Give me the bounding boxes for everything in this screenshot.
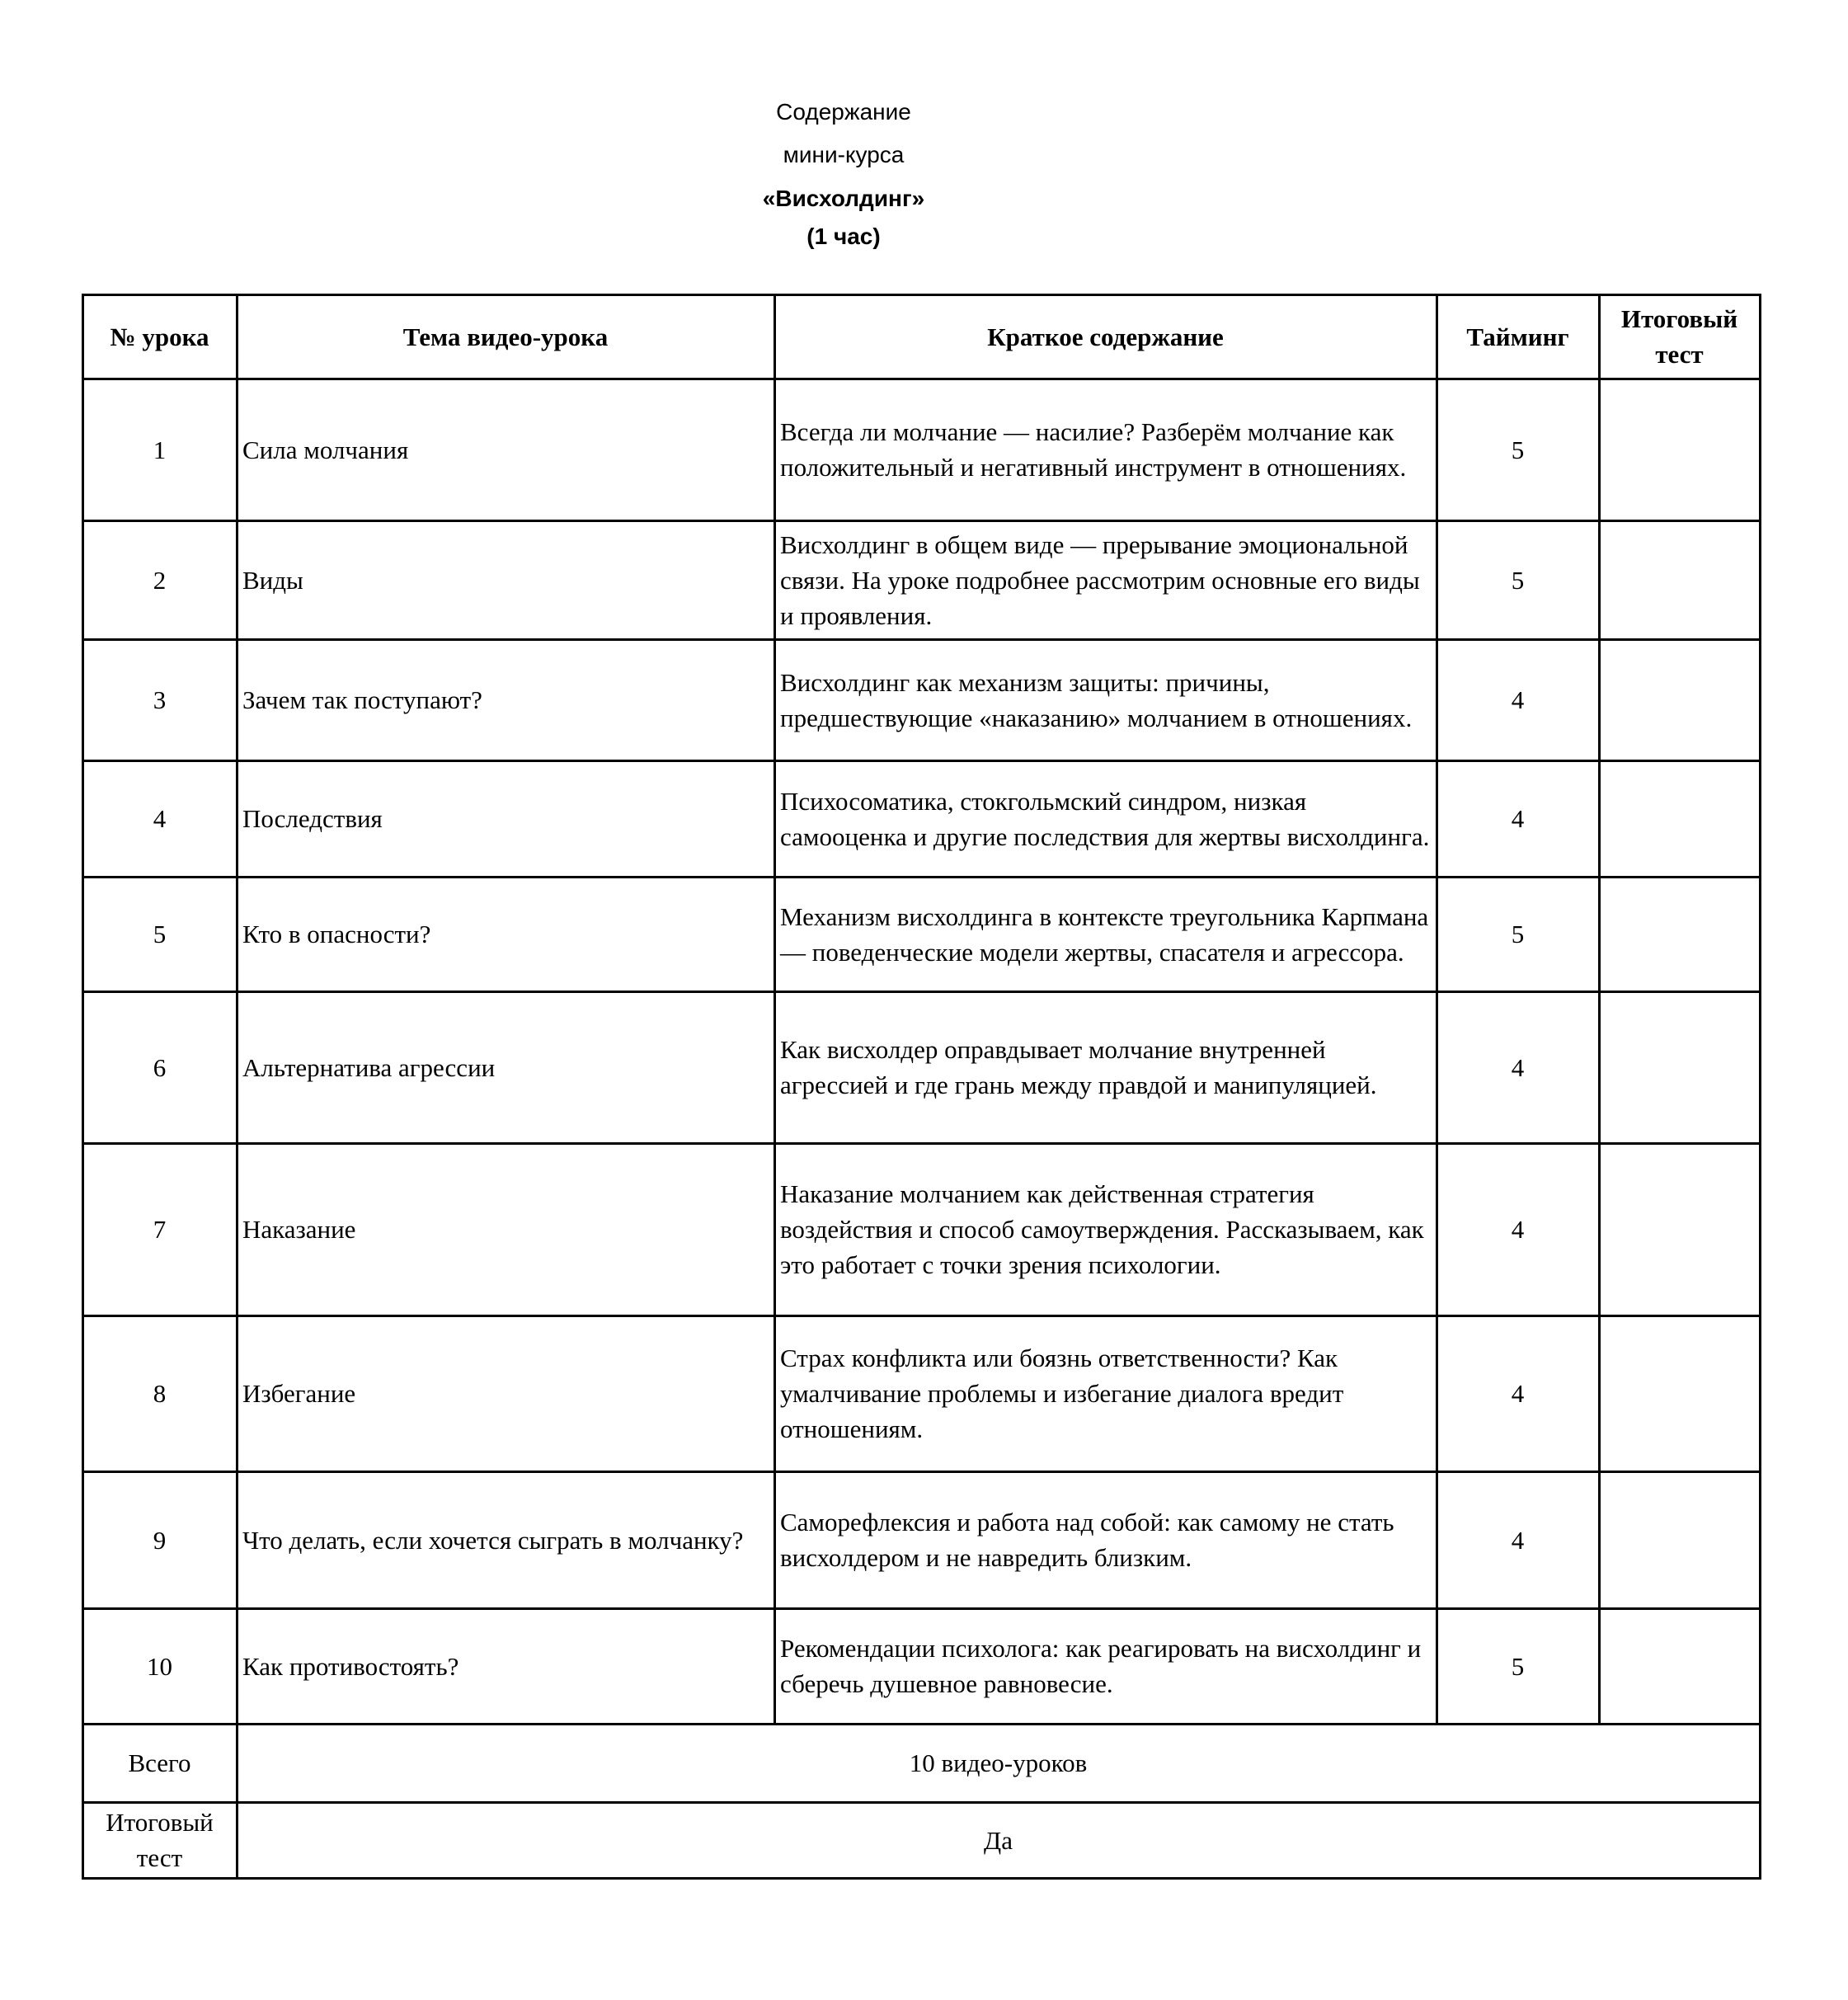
lesson-topic-cell: Что делать, если хочется сыграть в молча… (237, 1471, 774, 1608)
lesson-number: 1 (153, 432, 167, 468)
lesson-final-test-cell (1599, 1608, 1760, 1724)
lesson-summary: Висхолдинг как механизм защиты: причины,… (780, 665, 1432, 736)
column-divider (1598, 294, 1601, 1725)
total-value: 10 видео-уроков (910, 1745, 1087, 1781)
lesson-timing: 4 (1512, 1212, 1525, 1247)
lesson-number-cell: 9 (82, 1471, 237, 1608)
lesson-topic: Виды (242, 562, 303, 598)
table-row-divider (82, 1471, 1760, 1473)
lesson-timing: 4 (1512, 682, 1525, 718)
lesson-summary: Механизм висхолдинга в контексте треугол… (780, 899, 1432, 970)
lesson-summary-cell: Страх конфликта или боязнь ответственнос… (774, 1315, 1437, 1471)
lesson-timing-cell: 4 (1437, 1471, 1599, 1608)
table-row-divider (82, 1607, 1760, 1610)
header-summary-label: Краткое содержание (987, 319, 1224, 355)
lesson-number-cell: 10 (82, 1608, 237, 1724)
table-border (1759, 294, 1761, 1880)
table-row-divider (82, 638, 1760, 641)
lesson-topic: Последствия (242, 801, 383, 836)
table-row-divider (82, 1723, 1760, 1725)
course-name: «Висхолдинг» (679, 180, 1009, 218)
lesson-summary-cell: Психосоматика, стокгольмский синдром, ни… (774, 760, 1437, 877)
lesson-summary-cell: Саморефлексия и работа над собой: как са… (774, 1471, 1437, 1608)
lesson-topic-cell: Виды (237, 520, 774, 639)
lesson-number-cell: 6 (82, 991, 237, 1143)
footer-total-label: Всего (82, 1724, 237, 1802)
lesson-timing-cell: 4 (1437, 991, 1599, 1143)
lesson-summary-cell: Рекомендации психолога: как реагировать … (774, 1608, 1437, 1724)
lesson-summary-cell: Наказание молчанием как действенная стра… (774, 1143, 1437, 1315)
table-row-divider (82, 1142, 1760, 1145)
lesson-final-test-cell (1599, 1143, 1760, 1315)
lesson-summary: Как висхолдер оправдывает молчание внутр… (780, 1032, 1432, 1103)
lesson-number-cell: 4 (82, 760, 237, 877)
lesson-timing-cell: 4 (1437, 639, 1599, 760)
lesson-timing: 5 (1512, 1649, 1525, 1684)
lesson-topic: Альтернатива агрессии (242, 1050, 495, 1085)
lesson-timing: 5 (1512, 916, 1525, 952)
lesson-number-cell: 5 (82, 877, 237, 991)
lesson-topic-cell: Кто в опасности? (237, 877, 774, 991)
table-row-divider (82, 378, 1760, 380)
table-row-divider (82, 991, 1760, 993)
final-test-label: Итоговый тест (86, 1805, 233, 1875)
total-label: Всего (128, 1745, 190, 1781)
title-line-contents: Содержание (679, 91, 1009, 134)
lesson-timing-cell: 5 (1437, 520, 1599, 639)
lesson-number: 8 (153, 1376, 167, 1411)
lesson-number-cell: 3 (82, 639, 237, 760)
lesson-final-test-cell (1599, 877, 1760, 991)
lesson-final-test-cell (1599, 1315, 1760, 1471)
lesson-final-test-cell (1599, 760, 1760, 877)
column-divider (1436, 294, 1438, 1725)
lesson-topic: Избегание (242, 1376, 355, 1411)
table-row-divider (82, 1315, 1760, 1317)
lesson-timing-cell: 5 (1437, 877, 1599, 991)
lesson-timing-cell: 4 (1437, 1143, 1599, 1315)
course-contents-table: № урока Тема видео-урока Краткое содержа… (82, 294, 1760, 1878)
lesson-timing: 5 (1512, 562, 1525, 598)
lesson-summary-cell: Висхолдинг как механизм защиты: причины,… (774, 639, 1437, 760)
header-timing: Тайминг (1437, 294, 1599, 379)
header-lesson-number-label: № урока (110, 319, 209, 355)
course-duration: (1 час) (679, 218, 1009, 256)
header-topic-label: Тема видео-урока (403, 319, 608, 355)
header-topic: Тема видео-урока (237, 294, 774, 379)
lesson-summary: Саморефлексия и работа над собой: как са… (780, 1504, 1432, 1575)
lesson-summary: Висхолдинг в общем виде — прерывание эмо… (780, 527, 1432, 633)
lesson-number: 10 (147, 1649, 172, 1684)
document-title: Содержание мини-курса «Висхолдинг» (1 ча… (679, 91, 1009, 256)
lesson-summary: Рекомендации психолога: как реагировать … (780, 1631, 1432, 1701)
lesson-topic: Как противостоять? (242, 1649, 458, 1684)
lesson-number-cell: 8 (82, 1315, 237, 1471)
lesson-timing-cell: 5 (1437, 1608, 1599, 1724)
table-row-divider (82, 520, 1760, 522)
lesson-topic: Наказание (242, 1212, 355, 1247)
lesson-number-cell: 2 (82, 520, 237, 639)
lesson-number: 6 (153, 1050, 167, 1085)
lesson-number-cell: 1 (82, 379, 237, 520)
lesson-topic: Что делать, если хочется сыграть в молча… (242, 1522, 743, 1558)
lesson-topic: Кто в опасности? (242, 916, 430, 952)
lesson-topic-cell: Сила молчания (237, 379, 774, 520)
lesson-number: 9 (153, 1522, 167, 1558)
lesson-timing-cell: 5 (1437, 379, 1599, 520)
lesson-final-test-cell (1599, 639, 1760, 760)
lesson-timing: 4 (1512, 1050, 1525, 1085)
lesson-topic-cell: Последствия (237, 760, 774, 877)
header-final-test: Итоговый тест (1599, 294, 1760, 379)
lesson-final-test-cell (1599, 379, 1760, 520)
header-summary: Краткое содержание (774, 294, 1437, 379)
lesson-summary-cell: Механизм висхолдинга в контексте треугол… (774, 877, 1437, 991)
lesson-topic-cell: Наказание (237, 1143, 774, 1315)
header-lesson-number: № урока (82, 294, 237, 379)
lesson-topic-cell: Как противостоять? (237, 1608, 774, 1724)
lesson-summary: Психосоматика, стокгольмский синдром, ни… (780, 784, 1432, 854)
lesson-number: 3 (153, 682, 167, 718)
lesson-number: 7 (153, 1212, 167, 1247)
lesson-final-test-cell (1599, 520, 1760, 639)
lesson-summary-cell: Как висхолдер оправдывает молчание внутр… (774, 991, 1437, 1143)
lesson-timing: 4 (1512, 801, 1525, 836)
lesson-topic: Зачем так поступают? (242, 682, 482, 718)
header-timing-label: Тайминг (1466, 319, 1568, 355)
table-row-divider (82, 1877, 1760, 1880)
table-row-divider (82, 294, 1760, 296)
column-divider (236, 294, 238, 1880)
table-row-divider (82, 876, 1760, 878)
lesson-number: 2 (153, 562, 167, 598)
lesson-timing: 4 (1512, 1522, 1525, 1558)
footer-final-test-value: Да (237, 1802, 1760, 1878)
final-test-value: Да (984, 1823, 1013, 1858)
lesson-timing-cell: 4 (1437, 1315, 1599, 1471)
lesson-final-test-cell (1599, 1471, 1760, 1608)
lesson-timing: 5 (1512, 432, 1525, 468)
lesson-number: 4 (153, 801, 167, 836)
lesson-timing: 4 (1512, 1376, 1525, 1411)
lesson-number-cell: 7 (82, 1143, 237, 1315)
lesson-summary: Наказание молчанием как действенная стра… (780, 1176, 1432, 1282)
lesson-final-test-cell (1599, 991, 1760, 1143)
footer-final-test-label: Итоговый тест (82, 1802, 237, 1878)
lesson-summary: Страх конфликта или боязнь ответственнос… (780, 1340, 1432, 1447)
lesson-topic-cell: Избегание (237, 1315, 774, 1471)
header-final-test-label: Итоговый тест (1602, 301, 1756, 372)
lesson-summary-cell: Висхолдинг в общем виде — прерывание эмо… (774, 520, 1437, 639)
lesson-summary: Всегда ли молчание — насилие? Разберём м… (780, 414, 1432, 485)
lesson-topic-cell: Зачем так поступают? (237, 639, 774, 760)
table-row-divider (82, 760, 1760, 762)
lesson-timing-cell: 4 (1437, 760, 1599, 877)
lesson-topic: Сила молчания (242, 432, 408, 468)
table-row-divider (82, 1801, 1760, 1804)
table-border (82, 294, 84, 1880)
lesson-topic-cell: Альтернатива агрессии (237, 991, 774, 1143)
lesson-summary-cell: Всегда ли молчание — насилие? Разберём м… (774, 379, 1437, 520)
column-divider (774, 294, 776, 1725)
footer-total-value: 10 видео-уроков (237, 1724, 1760, 1802)
lesson-number: 5 (153, 916, 167, 952)
title-line-mini-course: мини-курса (679, 134, 1009, 180)
